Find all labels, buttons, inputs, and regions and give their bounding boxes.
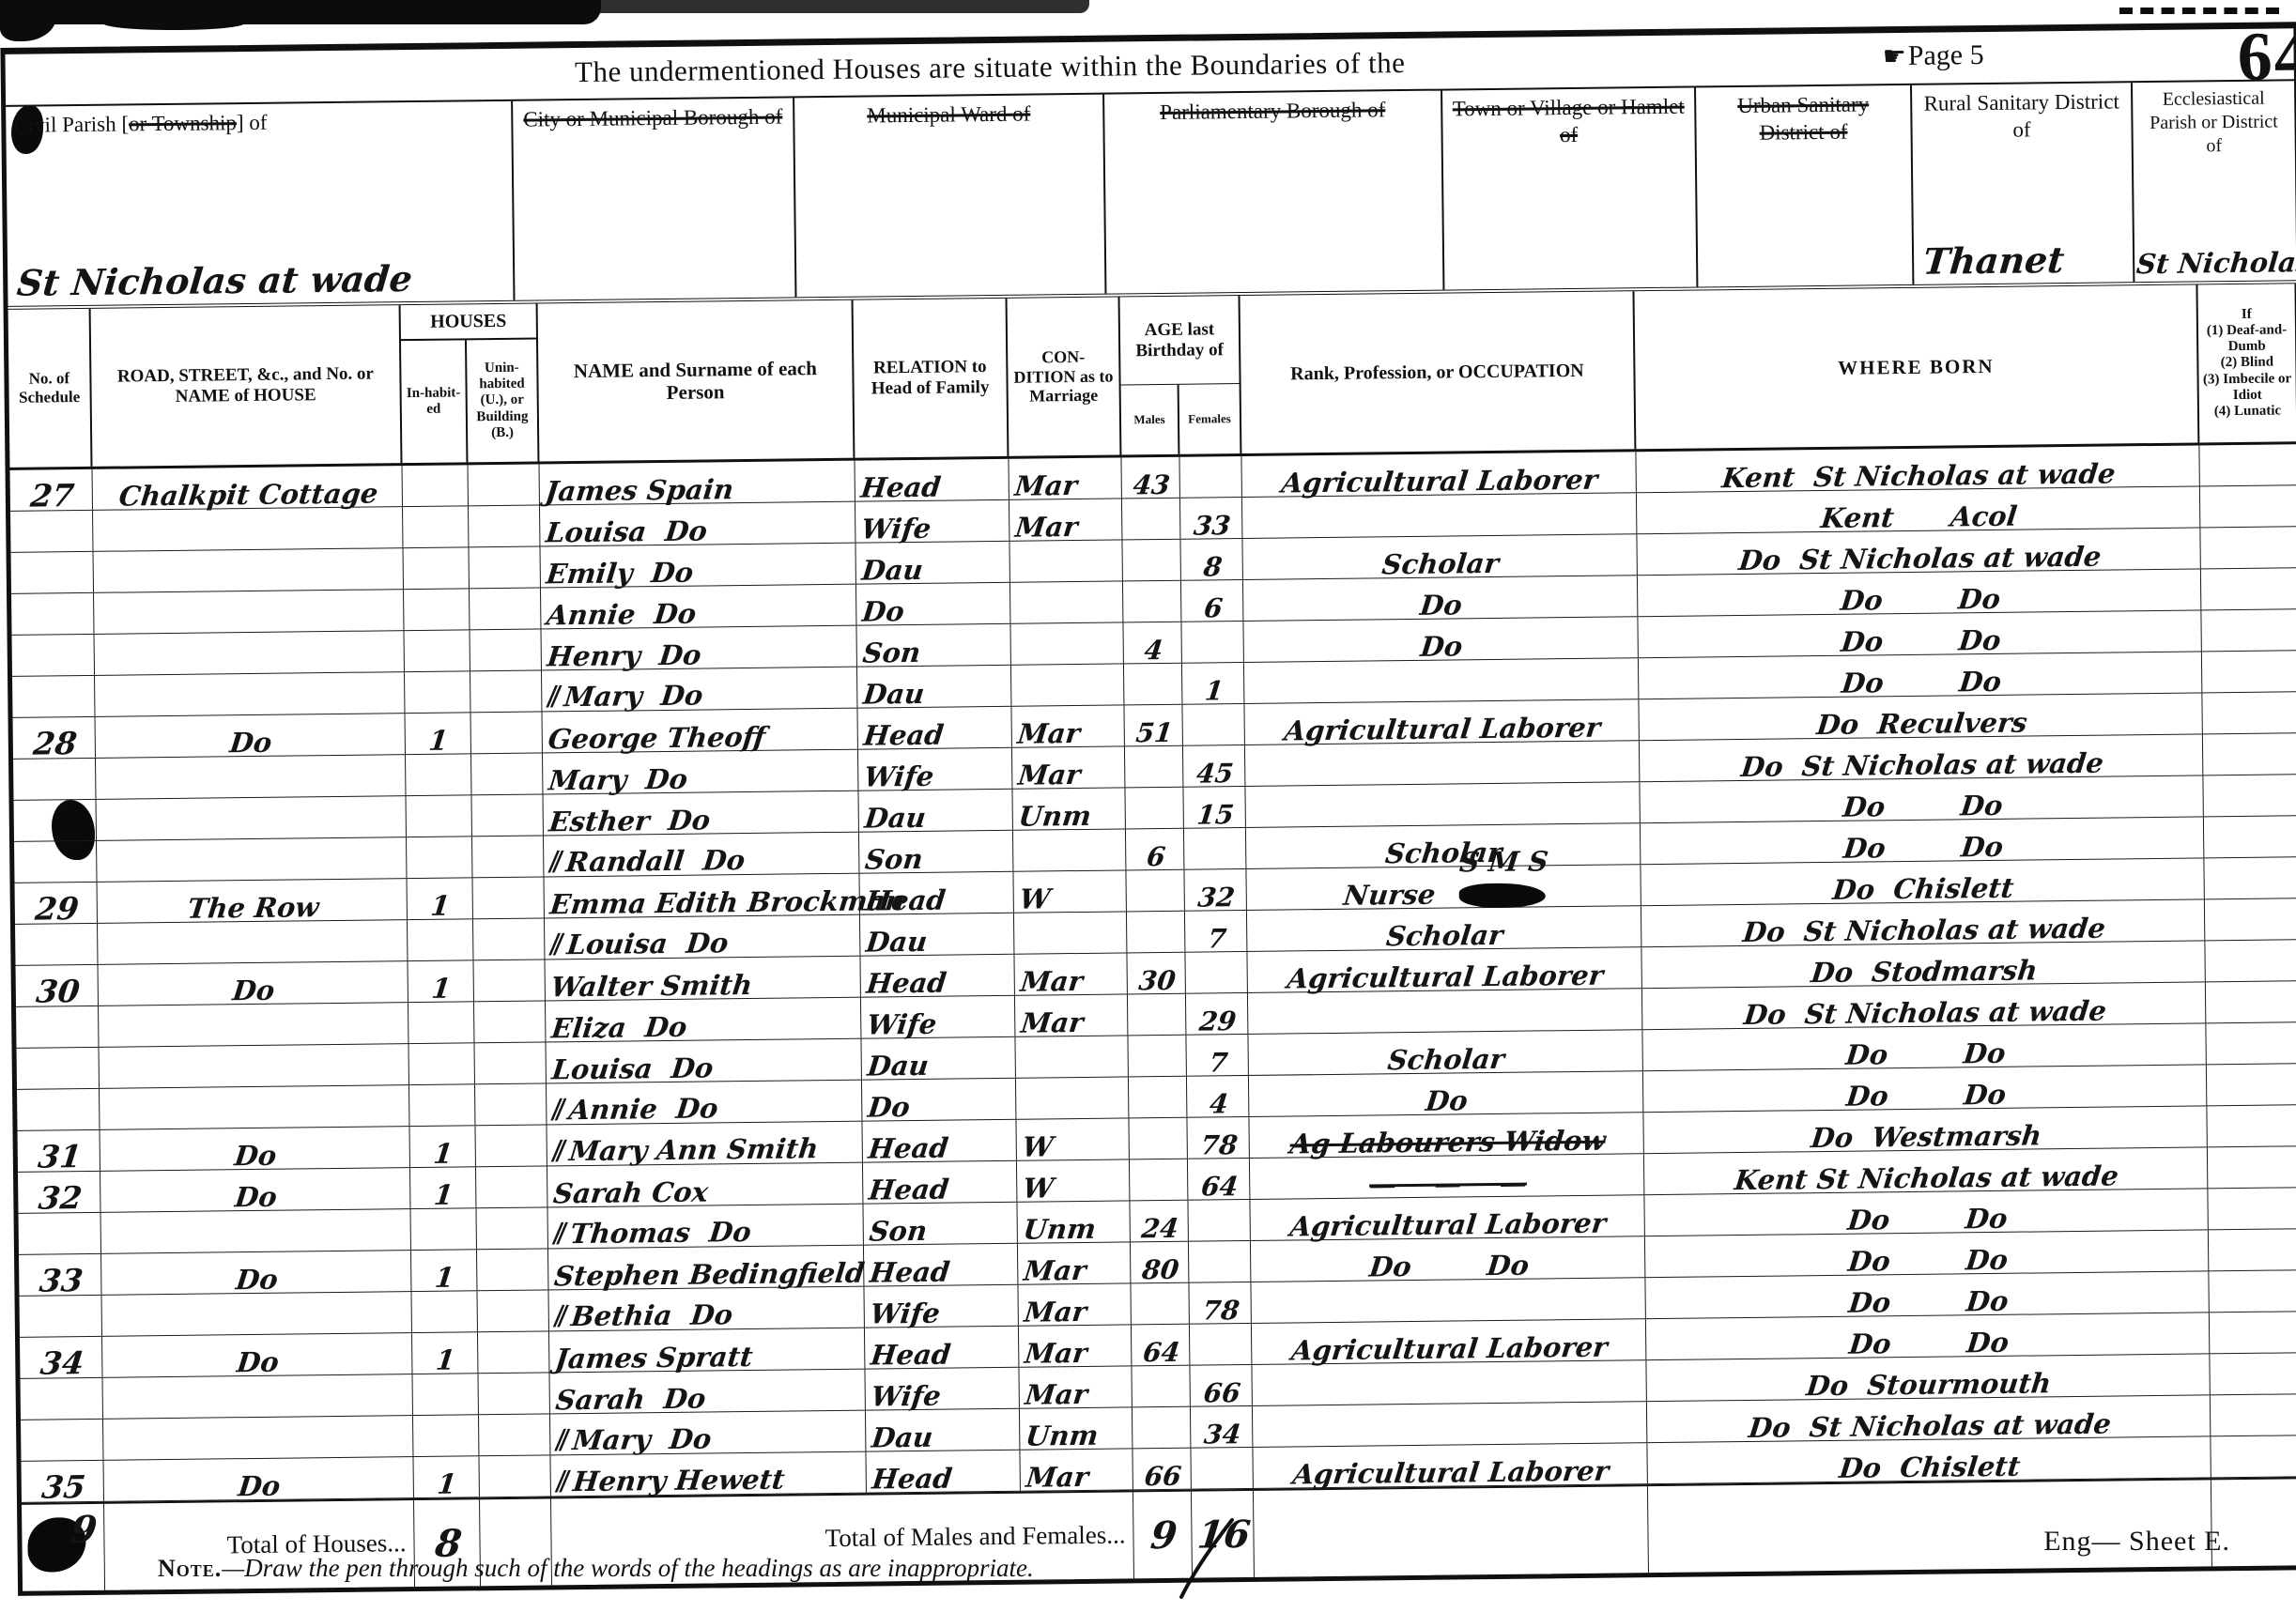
disabilities-cell — [2205, 940, 2296, 981]
where-born-column-header: WHERE BORN — [1634, 284, 2199, 449]
where-born-cell: Do St Nicholas at wade — [1637, 528, 2200, 575]
municipal-borough-label: City or Municipal Borough of — [523, 104, 782, 134]
schedule-cell — [13, 759, 96, 800]
rural-sanitary-value: Thanet — [1921, 238, 2066, 283]
uninhabited-cell — [476, 1207, 547, 1249]
relation-cell: Son — [863, 1203, 1017, 1245]
occupation-cell — [1245, 741, 1640, 786]
age-males-cell — [1129, 1118, 1187, 1159]
name-cell: ⫽Henry Hewett — [550, 1452, 866, 1497]
road-cell: Do — [99, 961, 408, 1006]
road-column-header: ROAD, STREET, &c., and No. or NAME of HO… — [91, 305, 403, 467]
uninhabited-cell — [479, 1455, 550, 1497]
occupation-column-header: Rank, Profession, or OCCUPATION — [1240, 291, 1637, 453]
relation-cell: Dau — [857, 666, 1011, 708]
road-cell — [103, 1374, 413, 1419]
where-born-cell: Do Do — [1639, 652, 2202, 699]
condition-cell: Mar — [1009, 457, 1121, 499]
where-born-cell: Do Do — [1644, 1189, 2208, 1236]
road-cell — [103, 1416, 413, 1460]
uninhabited-cell — [473, 918, 545, 960]
relation-cell: Head — [855, 459, 1009, 501]
occupation-superscript: S M S — [1458, 848, 1549, 876]
road-cell — [94, 590, 404, 634]
inhabited-cell — [403, 506, 469, 547]
rural-sanitary-cell: Rural Sanitary District of St Nicholas a… — [1912, 83, 2134, 284]
condition-cell: Mar — [1012, 746, 1125, 788]
occupation-cell: Agricultural Laborer — [1247, 947, 1641, 992]
condition-cell: W — [1016, 1118, 1129, 1159]
occupation-cell — [1252, 1360, 1646, 1405]
road-cell — [102, 1292, 412, 1336]
age-males-cell — [1128, 1036, 1186, 1077]
name-cell: Walter Smith — [545, 957, 860, 1001]
occupation-cell: Scholar — [1246, 823, 1641, 868]
uninhabited-column-header: Unin-habited (U.), or Building (B.) — [467, 339, 539, 462]
relation-cell: Head — [859, 872, 1013, 914]
road-cell — [99, 1003, 408, 1047]
name-cell: Sarah Cox — [547, 1163, 863, 1207]
condition-cell — [1009, 540, 1122, 581]
name-cell: ⫽Thomas Do — [547, 1205, 863, 1249]
disabilities-cell — [2206, 1022, 2296, 1064]
parliamentary-borough-cell: Parliamentary Borough of — [1104, 91, 1444, 294]
name-column-header: NAME and Surname of each Person — [538, 300, 855, 462]
age-males-cell — [1125, 746, 1183, 788]
inhabited-cell — [405, 630, 470, 671]
inhabited-cell — [411, 1291, 477, 1332]
age-females-cell: 33 — [1180, 498, 1242, 539]
schedule-cell — [14, 800, 97, 841]
age-females-cell: 64 — [1188, 1159, 1250, 1200]
name-cell: Louisa Do — [546, 1039, 861, 1083]
males-column-header: Males — [1121, 385, 1180, 455]
ecclesiastical-parish-cell: Ecclesiastical Parish or District of St … — [2133, 81, 2296, 282]
condition-cell: Mar — [1018, 1283, 1131, 1325]
schedule-cell: 32 — [18, 1172, 100, 1213]
road-cell — [100, 1044, 409, 1088]
occupation-cell — [1248, 989, 1642, 1034]
relation-cell: Wife — [858, 748, 1012, 791]
condition-cell — [1010, 581, 1123, 622]
disabilities-cell — [2211, 1394, 2296, 1435]
sheet-reference: Eng— Sheet E. — [2043, 1526, 2230, 1558]
age-males-cell — [1127, 912, 1185, 953]
schedule-cell — [11, 552, 94, 593]
schedule-cell — [19, 1213, 101, 1254]
check-mark — [1174, 1516, 1240, 1601]
inhabited-cell: 1 — [413, 1456, 479, 1497]
age-females-cell — [1188, 1200, 1250, 1241]
name-cell: ⫽Bethia Do — [548, 1287, 864, 1331]
inhabited-cell — [405, 671, 470, 713]
inhabited-cell — [406, 795, 471, 837]
relation-cell: Son — [856, 624, 1010, 667]
municipal-ward-label: Municipal Ward of — [867, 101, 1030, 130]
road-cell — [96, 755, 406, 799]
inhabited-cell: 1 — [411, 1250, 477, 1291]
disabilities-cell — [2200, 527, 2296, 568]
schedule-cell — [11, 593, 94, 635]
occupation-cell: Agricultural Laborer — [1244, 699, 1639, 745]
relation-cell: Head — [860, 955, 1014, 997]
municipal-ward-cell: Municipal Ward of — [794, 95, 1106, 298]
condition-cell — [1010, 622, 1123, 664]
age-females-cell — [1190, 1324, 1252, 1365]
disabilities-cell — [2210, 1312, 2296, 1353]
age-females-cell: 34 — [1191, 1406, 1253, 1448]
where-born-cell: Do Reculvers — [1639, 693, 2202, 740]
municipal-borough-cell: City or Municipal Borough of — [513, 98, 796, 299]
where-born-cell: Do Stourmouth — [1646, 1354, 2210, 1401]
name-cell: ⫽Mary Do — [550, 1411, 866, 1455]
age-females-cell: 45 — [1183, 745, 1245, 787]
road-cell — [97, 796, 407, 840]
where-born-cell: Do Do — [1640, 775, 2203, 822]
condition-cell — [1014, 912, 1127, 953]
occupation-cell: Scholar — [1248, 1030, 1642, 1075]
condition-cell: Mar — [1018, 1242, 1131, 1283]
road-cell: Do — [100, 1127, 410, 1171]
name-cell: Stephen Bedingfield — [548, 1246, 864, 1290]
road-cell: Do — [104, 1457, 414, 1501]
name-cell: James Spain — [539, 461, 855, 505]
schedule-cell: 35 — [22, 1461, 104, 1502]
disabilities-cell — [2204, 857, 2296, 898]
relation-cell: Head — [865, 1327, 1019, 1369]
footnote: Note.—Draw the pen through such of the w… — [158, 1554, 1034, 1583]
road-cell — [101, 1209, 411, 1253]
inhabited-cell: 1 — [408, 960, 473, 1002]
condition-cell: Mar — [1020, 1449, 1133, 1490]
age-females-cell: 8 — [1180, 539, 1242, 580]
uninhabited-cell — [478, 1331, 549, 1373]
age-males-cell: 51 — [1124, 705, 1182, 746]
occupation-cell: Ag Labourers Widow — [1249, 1113, 1643, 1158]
disabilities-column-header: If (1) Deaf-and-Dumb (2) Blind (3) Imbec… — [2197, 284, 2296, 442]
table-header: No. of Schedule ROAD, STREET, &c., and N… — [8, 284, 2296, 470]
where-born-cell: Do Do — [1638, 610, 2201, 657]
household-separator-mark: ⫽ — [554, 1424, 570, 1457]
occupation-cell: Scholar — [1247, 906, 1641, 951]
inhabited-cell — [408, 919, 473, 960]
age-males-cell — [1128, 994, 1186, 1036]
inhabited-cell — [408, 1043, 474, 1084]
name-cell: George Theoff — [542, 709, 857, 753]
age-males-cell — [1125, 788, 1183, 829]
scan-smudge — [0, 0, 601, 24]
scan-smudge — [0, 0, 56, 41]
parliamentary-borough-label: Parliamentary Borough of — [1160, 97, 1385, 126]
occupation-cell: Do Do — [1251, 1236, 1645, 1282]
occupation-cell — [1253, 1402, 1647, 1447]
condition-cell — [1016, 1077, 1129, 1118]
occupation-cell: Do — [1243, 576, 1638, 621]
name-cell: Emily Do — [540, 544, 855, 588]
relation-cell: Son — [859, 831, 1013, 873]
relation-cell: Wife — [861, 996, 1015, 1038]
where-born-cell: Do Do — [1645, 1271, 2209, 1318]
condition-cell: Mar — [1015, 994, 1128, 1036]
age-females-cell: 4 — [1187, 1076, 1249, 1117]
disabilities-cell — [2207, 1064, 2296, 1105]
name-cell: Annie Do — [541, 585, 856, 629]
disabilities-cell — [2208, 1188, 2296, 1229]
condition-cell: Unm — [1017, 1201, 1130, 1242]
table-body: 27 Chalkpit Cottage James Spain Head Mar… — [10, 444, 2296, 1503]
condition-cell: Mar — [1019, 1325, 1132, 1366]
road-cell: Do — [96, 714, 406, 758]
town-village-cell: Town or Village or Hamlet of — [1442, 87, 1698, 289]
age-females-cell — [1184, 828, 1246, 869]
relation-cell: Head — [864, 1244, 1018, 1286]
condition-cell: Mar — [1014, 953, 1127, 994]
uninhabited-cell — [479, 1414, 550, 1455]
where-born-cell: Do Do — [1641, 817, 2204, 864]
schedule-cell — [15, 924, 98, 965]
uninhabited-cell — [476, 1166, 547, 1207]
household-separator-mark: ⫽ — [555, 1466, 571, 1498]
schedule-cell: 30 — [16, 965, 99, 1006]
age-females-cell — [1181, 622, 1243, 663]
occupation-cell: S M SNurse — [1246, 865, 1641, 910]
age-females-cell — [1191, 1448, 1253, 1489]
town-village-label: Town or Village or Hamlet of — [1450, 94, 1687, 150]
road-cell — [94, 548, 404, 592]
condition-cell — [1013, 829, 1126, 870]
schedule-cell: 29 — [15, 883, 98, 924]
where-born-cell: Do Do — [1642, 1023, 2206, 1070]
footnote-text: —Draw the pen through such of the words … — [222, 1554, 1033, 1582]
age-males-cell: 30 — [1127, 953, 1185, 994]
age-males-cell: 4 — [1123, 622, 1181, 664]
page-reference: ☛Page 5 — [1883, 39, 1984, 72]
age-males-cell — [1122, 540, 1180, 581]
inhabited-cell: 1 — [405, 713, 470, 754]
name-cell: Emma Edith Brockman — [544, 874, 859, 918]
age-males-cell — [1124, 664, 1182, 705]
road-cell: The Row — [98, 879, 408, 923]
age-females-cell — [1179, 456, 1241, 498]
where-born-cell: Kent St Nicholas at wade — [1636, 445, 2199, 492]
uninhabited-cell — [477, 1290, 548, 1331]
name-cell: Mary Do — [543, 750, 858, 794]
household-separator-mark: ⫽ — [547, 846, 563, 879]
inhabited-cell: 1 — [407, 878, 472, 919]
uninhabited-cell — [470, 712, 542, 753]
scan-smudge — [563, 0, 1089, 13]
footnote-prefix: Note. — [158, 1555, 222, 1582]
relation-cell: Dau — [855, 542, 1009, 584]
road-cell — [95, 631, 405, 675]
disabilities-cell — [2201, 609, 2296, 651]
uninhabited-cell — [475, 1083, 547, 1125]
schedule-cell — [17, 1089, 100, 1130]
age-males-cell: 43 — [1121, 457, 1179, 499]
disabilities-cell — [2203, 775, 2296, 816]
age-males-cell — [1126, 870, 1184, 912]
occupation-cell — [1242, 493, 1637, 538]
where-born-cell: Do Westmarsh — [1643, 1106, 2207, 1153]
where-born-cell: Do Do — [1645, 1230, 2209, 1277]
relation-cell: Do — [862, 1079, 1016, 1121]
condition-cell: Unm — [1012, 788, 1125, 829]
uninhabited-cell — [472, 877, 544, 918]
name-cell: Sarah Do — [549, 1370, 865, 1414]
uninhabited-cell — [471, 753, 543, 794]
where-born-cell: Do St Nicholas at wade — [1641, 899, 2205, 946]
condition-cell — [1015, 1036, 1128, 1077]
age-males-cell — [1123, 581, 1181, 622]
inhabited-cell — [408, 1002, 474, 1043]
name-cell: James Spratt — [549, 1328, 865, 1373]
uninhabited-cell — [472, 836, 544, 877]
age-females-cell — [1189, 1241, 1251, 1282]
age-males-cell — [1129, 1077, 1187, 1118]
road-cell — [93, 507, 403, 551]
schedule-cell — [20, 1296, 102, 1337]
uninhabited-cell — [470, 588, 541, 629]
uninhabited-cell — [469, 546, 540, 588]
relation-cell: Head — [862, 1120, 1016, 1162]
relation-cell: Head — [857, 707, 1011, 749]
uninhabited-cell — [469, 464, 540, 505]
age-females-cell: 78 — [1187, 1117, 1249, 1159]
schedule-column-header: No. of Schedule — [8, 309, 93, 468]
relation-cell: Dau — [861, 1037, 1015, 1080]
age-females-cell: 7 — [1185, 911, 1247, 952]
females-column-header: Females — [1179, 384, 1242, 454]
disabilities-cell — [2199, 444, 2296, 485]
household-separator-mark: ⫽ — [553, 1300, 569, 1333]
occupation-cell: Agricultural Laborer — [1253, 1443, 1647, 1488]
age-males-cell: 64 — [1132, 1325, 1190, 1366]
relation-cell: Do — [856, 583, 1010, 625]
where-born-cell: Do St Nicholas at wade — [1640, 734, 2203, 781]
page-label: Page 5 — [1908, 39, 1984, 71]
name-cell: ⫽Annie Do — [547, 1081, 862, 1125]
where-born-cell: Do St Nicholas at wade — [1647, 1395, 2211, 1442]
occupation-cell: Scholar — [1242, 534, 1637, 579]
inhabited-cell: 1 — [410, 1167, 476, 1208]
age-females-cell: 1 — [1182, 663, 1244, 704]
disabilities-cell — [2209, 1229, 2296, 1270]
boundary-header-band: Civil Parish [or Township] of St Nichola… — [6, 79, 2296, 310]
where-born-cell: Kent Acol — [1637, 486, 2200, 533]
age-males-cell — [1131, 1283, 1189, 1325]
name-cell: ⫽Louisa Do — [545, 915, 860, 960]
household-separator-mark: ⫽ — [550, 1094, 566, 1127]
household-separator-mark: ⫽ — [552, 1218, 568, 1251]
age-males-cell — [1132, 1366, 1190, 1407]
disabilities-cell — [2202, 692, 2296, 733]
condition-cell — [1011, 664, 1124, 705]
inhabited-cell — [410, 1208, 476, 1250]
schedule-cell — [16, 1006, 99, 1048]
uninhabited-cell — [477, 1249, 548, 1290]
name-cell: Louisa Do — [540, 502, 855, 546]
disabilities-cell — [2211, 1435, 2296, 1477]
uninhabited-cell — [478, 1373, 549, 1414]
name-cell: Henry Do — [541, 626, 856, 670]
where-born-cell: Kent St Nicholas at wade — [1644, 1147, 2208, 1194]
disabilities-cell — [2204, 816, 2296, 857]
where-born-cell: Do Chislett — [1647, 1436, 2211, 1483]
age-males-cell: 6 — [1126, 829, 1184, 870]
relation-cell: Dau — [860, 913, 1014, 956]
name-cell: ⫽Mary Ann Smith — [547, 1122, 862, 1166]
condition-cell: W — [1017, 1159, 1130, 1201]
condition-cell: W — [1013, 870, 1126, 912]
schedule-cell: 27 — [10, 469, 93, 511]
condition-column-header: CON-DITION as to Marriage — [1008, 297, 1122, 455]
inhabited-cell — [406, 754, 471, 795]
age-females-cell: 78 — [1189, 1282, 1251, 1324]
urban-sanitary-cell: Urban Sanitary District of — [1696, 85, 1914, 287]
road-cell — [98, 920, 408, 964]
inhabited-cell — [404, 589, 470, 630]
total-males-females-label: Total of Males and Females... — [557, 1520, 1129, 1556]
uninhabited-cell — [470, 629, 541, 670]
relation-column-header: RELATION to Head of Family — [854, 299, 1009, 458]
age-males-cell — [1130, 1159, 1188, 1201]
relation-cell: Head — [863, 1161, 1017, 1204]
schedule-cell: 33 — [19, 1254, 101, 1296]
condition-cell: Mar — [1019, 1366, 1132, 1407]
age-group-header: AGE last Birthday of — [1120, 296, 1241, 385]
inhabited-cell: 1 — [409, 1126, 475, 1167]
urban-sanitary-label: Urban Sanitary District of — [1703, 91, 1903, 147]
age-females-cell — [1185, 952, 1247, 993]
uninhabited-cell — [475, 1125, 547, 1166]
condition-cell: Unm — [1020, 1407, 1133, 1449]
relation-cell: Dau — [858, 790, 1012, 832]
road-cell — [95, 672, 405, 716]
uninhabited-cell — [474, 1001, 546, 1042]
occupation-cell: Do — [1249, 1071, 1643, 1116]
inhabited-cell — [407, 837, 472, 878]
schedule-cell: 31 — [18, 1130, 100, 1172]
inhabited-cell — [409, 1084, 475, 1126]
ecclesiastical-parish-value: St Nicholas at wade — [2135, 245, 2296, 281]
occupation-cell: Agricultural Laborer — [1252, 1319, 1646, 1364]
disabilities-cell — [2200, 485, 2296, 527]
disabilities-cell — [2208, 1146, 2296, 1188]
ink-blot — [1459, 883, 1546, 908]
relation-cell: Dau — [866, 1409, 1020, 1451]
occupation-cell: Agricultural Laborer — [1250, 1195, 1644, 1240]
inhabited-cell — [403, 465, 469, 506]
where-born-cell: Do Do — [1643, 1065, 2207, 1112]
relation-cell: Wife — [865, 1368, 1019, 1410]
occupation-cell — [1244, 658, 1639, 703]
relation-cell: Head — [866, 1451, 1020, 1493]
age-females-cell: 15 — [1183, 787, 1245, 828]
schedule-cell — [10, 511, 93, 552]
name-cell: ⫽Mary Do — [542, 668, 857, 712]
age-males-cell: 80 — [1131, 1242, 1189, 1283]
civil-parish-cell: Civil Parish [or Township] of St Nichola… — [6, 101, 515, 306]
inhabited-cell — [413, 1415, 479, 1456]
disabilities-cell — [2210, 1353, 2296, 1394]
where-born-cell: Do Do — [1646, 1313, 2210, 1359]
disabilities-cell — [2202, 651, 2296, 692]
occupation-cell: — — — — [1250, 1154, 1644, 1199]
schedule-cell — [12, 676, 95, 717]
schedule-cell — [12, 635, 95, 676]
civil-parish-value: St Nicholas at wade — [15, 257, 414, 304]
age-females-cell: 32 — [1184, 869, 1246, 911]
